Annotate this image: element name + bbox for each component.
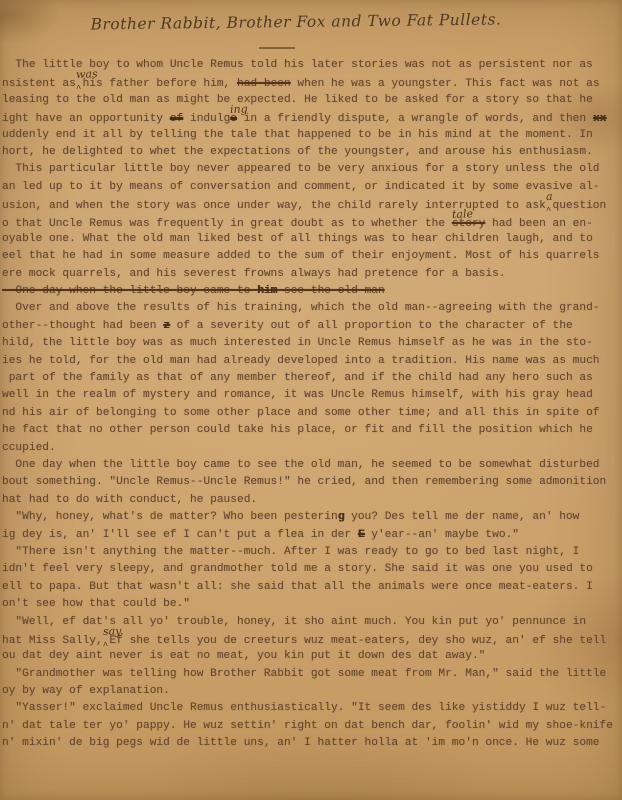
typed-line: This particular little boy never appeare… <box>2 161 622 178</box>
typed-text: part of the family as that of any member… <box>2 372 593 384</box>
typed-text: ell to papa. But that wasn't all: she sa… <box>2 581 593 593</box>
typed-text: in a friendly dispute, a wrangle of word… <box>237 113 593 125</box>
title-underline <box>259 47 295 49</box>
pen-struck-text: One day when the little boy came to <box>2 285 257 297</box>
typed-line: nsistent aswas^ his father before him, h… <box>2 74 622 91</box>
typed-text: well in the realm of mystery and romance… <box>2 389 593 401</box>
typed-line: ell to papa. But that wasn't all: she sa… <box>2 579 622 596</box>
typed-line: on't see how that could be." <box>2 596 622 613</box>
typed-text: ig dey is, an' I'll see ef I can't put a… <box>2 529 358 541</box>
typed-line: usion, and when the story was once under… <box>2 196 622 213</box>
typed-text: hort, he delighted to whet the expectati… <box>2 146 593 158</box>
typed-line: "Why, honey, what's de matter? Who been … <box>2 509 622 526</box>
typed-text: o that Uncle Remus was frequently in gre… <box>2 218 452 230</box>
typed-text: ere mock quarrels, and his severest frow… <box>2 268 506 280</box>
typed-text: on't see how that could be." <box>2 598 190 610</box>
typed-text: oyable one. What the old man liked best … <box>2 233 593 245</box>
typed-text: ight have an opportunity <box>2 113 170 125</box>
typed-text: ies he told, for the old man had already… <box>2 355 600 367</box>
typed-line: Over and above the results of his traini… <box>2 300 622 317</box>
pen-struck-text: had been <box>237 78 291 90</box>
typed-line: n' mixin' de big pegs wid de little uns,… <box>2 735 622 752</box>
typed-text: he fact that no other person could take … <box>2 424 593 436</box>
manuscript-page: Brother Rabbit, Brother Fox and Two Fat … <box>0 0 622 800</box>
typed-text: other--thought had been <box>2 320 163 332</box>
typed-line: ere mock quarrels, and his severest frow… <box>2 266 622 283</box>
typed-text: hat Miss Sally, <box>2 635 103 647</box>
typed-text: ou dat dey aint never is eat no meat, yo… <box>2 650 485 662</box>
typed-text: hild, the little boy was as much interes… <box>2 337 593 349</box>
typed-text: question <box>546 200 606 212</box>
typed-line: ies he told, for the old man had already… <box>2 353 622 370</box>
handwritten-title: Brother Rabbit, Brother Fox and Two Fat … <box>0 9 592 34</box>
typed-line: hild, the little boy was as much interes… <box>2 335 622 352</box>
typed-text: "Yasser!" exclaimed Uncle Remus enthusia… <box>2 702 606 714</box>
typed-text: when he was a youngster. This fact was n… <box>291 78 600 90</box>
typed-text: Ef she tells you de creeturs wuz meat-ea… <box>103 635 607 647</box>
typed-line: o that Uncle Remus was frequently in gre… <box>2 214 622 231</box>
typed-line: "Yasser!" exclaimed Uncle Remus enthusia… <box>2 700 622 717</box>
typed-text: "Well, ef dat's all yo' trouble, honey, … <box>2 616 586 628</box>
typed-line: he fact that no other person could take … <box>2 422 622 439</box>
typed-text: Over and above the results of his traini… <box>2 302 600 314</box>
typed-line: leasing to the old man as might be expec… <box>2 92 622 109</box>
typed-line: an led up to it by means of conversation… <box>2 179 622 196</box>
typed-line: n' dat tale ter yo' pappy. He wuz settin… <box>2 718 622 735</box>
typed-text: nsistent as <box>2 78 76 90</box>
typed-text: "Grandmother was telling how Brother Rab… <box>2 668 606 680</box>
typed-line: oy by way of explanation. <box>2 683 622 700</box>
typed-text: "Why, honey, what's de matter? Who been … <box>2 511 338 523</box>
typed-line: ight have an opportunity of indulginge i… <box>2 109 622 126</box>
typed-line: "Grandmother was telling how Brother Rab… <box>2 666 622 683</box>
typed-text: of a severity out of all proportion to t… <box>170 320 573 332</box>
handwritten-insertion: ing <box>230 101 231 118</box>
typed-text: you? Des tell me der name, an' how <box>344 511 579 523</box>
typed-text: his father before him, <box>76 78 237 90</box>
typed-text: ccupied. <box>2 442 56 454</box>
typed-text: hat had to do with conduct, he paused. <box>2 494 257 506</box>
overtyped-struck-text: him <box>257 285 277 297</box>
pen-scribbled-text: of <box>170 113 183 125</box>
typed-line: nd his air of belonging to some other pl… <box>2 405 622 422</box>
typed-line: One day when the little boy came to him … <box>2 283 622 300</box>
typed-text: y'ear--an' maybe two." <box>365 529 519 541</box>
typed-text: This particular little boy never appeare… <box>2 163 600 175</box>
typed-text: One day when the little boy came to see … <box>2 459 600 471</box>
typed-line: bout something. "Uncle Remus--Uncle Remu… <box>2 474 622 491</box>
typed-text: n' mixin' de big pegs wid de little uns,… <box>2 737 600 749</box>
typed-line: hat Miss Sally,say.^ Ef she tells you de… <box>2 631 622 648</box>
typed-line: idn't feel very sleepy, and grandmother … <box>2 561 622 578</box>
typed-line: oyable one. What the old man liked best … <box>2 231 622 248</box>
typed-line: ig dey is, an' I'll see ef I can't put a… <box>2 527 622 544</box>
typed-line: eel that he had in some measure added to… <box>2 248 622 265</box>
pen-struck-text: see the old man <box>277 285 384 297</box>
typed-text: n' dat tale ter yo' pappy. He wuz settin… <box>2 720 613 732</box>
handwritten-insertion: tale <box>452 206 453 223</box>
typed-body: The little boy to whom Uncle Remus told … <box>2 57 622 753</box>
typed-text: indulg <box>183 113 230 125</box>
typed-line: "Well, ef dat's all yo' trouble, honey, … <box>2 614 622 631</box>
typed-line: One day when the little boy came to see … <box>2 457 622 474</box>
typed-line: ou dat dey aint never is eat no meat, yo… <box>2 648 622 665</box>
typed-text: idn't feel very sleepy, and grandmother … <box>2 563 593 575</box>
typed-text: leasing to the old man as might be expec… <box>2 94 593 106</box>
typed-line: part of the family as that of any member… <box>2 370 622 387</box>
typed-line: hort, he delighted to whet the expectati… <box>2 144 622 161</box>
overtyped-struck-text: E <box>358 529 365 541</box>
typed-line: other--thought had been z of a severity … <box>2 318 622 335</box>
typed-text: eel that he had in some measure added to… <box>2 250 600 262</box>
typed-line: ccupied. <box>2 440 622 457</box>
typed-text: an led up to it by means of conversation… <box>2 181 600 193</box>
typed-text: "There isn't anything the matter--much. … <box>2 546 579 558</box>
typed-text: bout something. "Uncle Remus--Uncle Remu… <box>2 476 606 488</box>
overtyped-struck-text: z <box>163 320 170 332</box>
typed-text: nd his air of belonging to some other pl… <box>2 407 600 419</box>
typed-line: uddenly end it all by telling the tale t… <box>2 127 622 144</box>
overtyped-struck-text: xx <box>593 113 606 125</box>
typed-text: oy by way of explanation. <box>2 685 170 697</box>
typed-line: "There isn't anything the matter--much. … <box>2 544 622 561</box>
typed-line: hat had to do with conduct, he paused. <box>2 492 622 509</box>
typed-text: uddenly end it all by telling the tale t… <box>2 129 593 141</box>
typed-text: had been an en- <box>485 218 592 230</box>
typed-line: well in the realm of mystery and romance… <box>2 387 622 404</box>
